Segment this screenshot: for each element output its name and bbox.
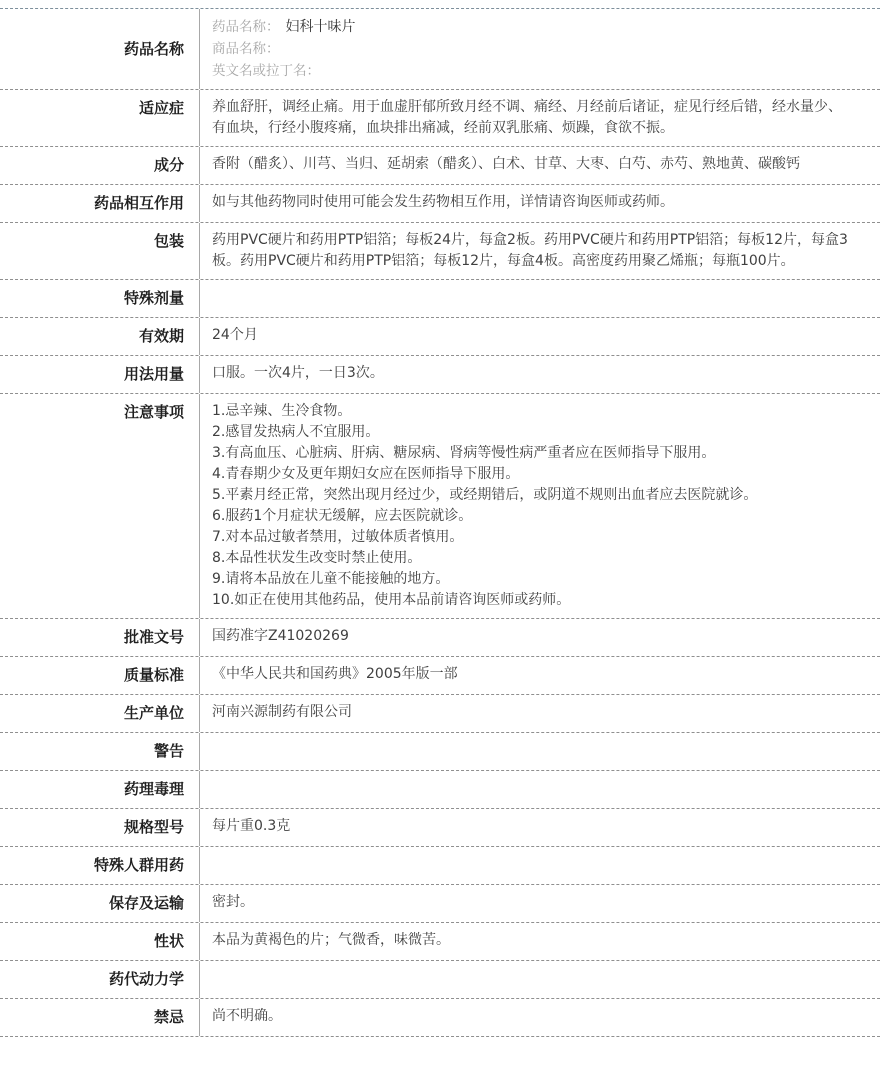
- row-content-packaging: 药用PVC硬片和药用PTP铝箔；每板24片，每盒2板。药用PVC硬片和药用PTP…: [200, 223, 880, 279]
- table-row-packaging: 包装药用PVC硬片和药用PTP铝箔；每板24片，每盒2板。药用PVC硬片和药用P…: [0, 223, 880, 280]
- row-content-contraindications: 尚不明确。: [200, 999, 880, 1036]
- row-label-precautions: 注意事项: [0, 394, 200, 618]
- precaution-line: 9.请将本品放在儿童不能接触的地方。: [212, 569, 850, 590]
- row-label-drug-interactions: 药品相互作用: [0, 185, 200, 222]
- row-content-validity-period: 24个月: [200, 318, 880, 355]
- table-row-validity-period: 有效期24个月: [0, 318, 880, 356]
- row-content-special-population: [200, 847, 880, 884]
- table-row-special-dosage: 特殊剂量: [0, 280, 880, 318]
- row-label-ingredients: 成分: [0, 147, 200, 184]
- row-label-character: 性状: [0, 923, 200, 960]
- field-key: 药品名称：: [212, 19, 280, 35]
- row-content-precautions: 1.忌辛辣、生冷食物。2.感冒发热病人不宜服用。3.有高血压、心脏病、肝病、糖尿…: [200, 394, 880, 618]
- table-row-warning: 警告: [0, 733, 880, 771]
- precaution-line: 3.有高血压、心脏病、肝病、糖尿病、肾病等慢性病严重者应在医师指导下服用。: [212, 443, 850, 464]
- row-content-drug-name: 药品名称：妇科十味片商品名称：英文名或拉丁名：: [200, 9, 880, 89]
- row-label-packaging: 包装: [0, 223, 200, 279]
- row-content-approval-number: 国药准字Z41020269: [200, 619, 880, 656]
- table-row-storage-transport: 保存及运输密封。: [0, 885, 880, 923]
- table-row-indications: 适应症养血舒肝，调经止痛。用于血虚肝郁所致月经不调、痛经、月经前后诸证，症见行经…: [0, 90, 880, 147]
- drug-info-table: 药品名称药品名称：妇科十味片商品名称：英文名或拉丁名：适应症养血舒肝，调经止痛。…: [0, 8, 880, 1037]
- table-row-special-population: 特殊人群用药: [0, 847, 880, 885]
- table-row-specification: 规格型号每片重0.3克: [0, 809, 880, 847]
- row-label-quality-standard: 质量标准: [0, 657, 200, 694]
- row-content-character: 本品为黄褐色的片；气微香，味微苦。: [200, 923, 880, 960]
- field-line: 商品名称：: [212, 38, 850, 60]
- field-key: 商品名称：: [212, 41, 280, 57]
- precaution-line: 1.忌辛辣、生冷食物。: [212, 401, 850, 422]
- table-row-character: 性状本品为黄褐色的片；气微香，味微苦。: [0, 923, 880, 961]
- drug-info-page: 药品名称药品名称：妇科十味片商品名称：英文名或拉丁名：适应症养血舒肝，调经止痛。…: [0, 0, 880, 1080]
- table-row-precautions: 注意事项1.忌辛辣、生冷食物。2.感冒发热病人不宜服用。3.有高血压、心脏病、肝…: [0, 394, 880, 619]
- row-content-ingredients: 香附（醋炙）、川芎、当归、延胡索（醋炙）、白术、甘草、大枣、白芍、赤芍、熟地黄、…: [200, 147, 880, 184]
- row-label-special-population: 特殊人群用药: [0, 847, 200, 884]
- row-content-warning: [200, 733, 880, 770]
- row-content-indications: 养血舒肝，调经止痛。用于血虚肝郁所致月经不调、痛经、月经前后诸证，症见行经后错，…: [200, 90, 880, 146]
- precaution-line: 4.青春期少女及更年期妇女应在医师指导下服用。: [212, 464, 850, 485]
- row-label-storage-transport: 保存及运输: [0, 885, 200, 922]
- row-label-special-dosage: 特殊剂量: [0, 280, 200, 317]
- field-key: 英文名或拉丁名：: [212, 63, 320, 79]
- row-label-warning: 警告: [0, 733, 200, 770]
- table-row-quality-standard: 质量标准《中华人民共和国药典》2005年版一部: [0, 657, 880, 695]
- precaution-line: 7.对本品过敏者禁用，过敏体质者慎用。: [212, 527, 850, 548]
- row-content-quality-standard: 《中华人民共和国药典》2005年版一部: [200, 657, 880, 694]
- row-label-pharmacology-toxicology: 药理毒理: [0, 771, 200, 808]
- row-label-indications: 适应症: [0, 90, 200, 146]
- row-content-specification: 每片重0.3克: [200, 809, 880, 846]
- table-row-drug-name: 药品名称药品名称：妇科十味片商品名称：英文名或拉丁名：: [0, 9, 880, 90]
- table-row-usage-dosage: 用法用量口服。一次4片，一日3次。: [0, 356, 880, 394]
- table-row-approval-number: 批准文号国药准字Z41020269: [0, 619, 880, 657]
- row-label-specification: 规格型号: [0, 809, 200, 846]
- table-row-pharmacokinetics: 药代动力学: [0, 961, 880, 999]
- row-content-usage-dosage: 口服。一次4片，一日3次。: [200, 356, 880, 393]
- row-content-manufacturer: 河南兴源制药有限公司: [200, 695, 880, 732]
- field-line: 英文名或拉丁名：: [212, 60, 850, 82]
- row-label-usage-dosage: 用法用量: [0, 356, 200, 393]
- field-value: 妇科十味片: [286, 19, 356, 35]
- row-content-drug-interactions: 如与其他药物同时使用可能会发生药物相互作用，详情请咨询医师或药师。: [200, 185, 880, 222]
- row-label-manufacturer: 生产单位: [0, 695, 200, 732]
- precaution-line: 10.如正在使用其他药品，使用本品前请咨询医师或药师。: [212, 590, 850, 611]
- precaution-line: 8.本品性状发生改变时禁止使用。: [212, 548, 850, 569]
- row-label-contraindications: 禁忌: [0, 999, 200, 1036]
- row-label-approval-number: 批准文号: [0, 619, 200, 656]
- table-row-pharmacology-toxicology: 药理毒理: [0, 771, 880, 809]
- table-row-drug-interactions: 药品相互作用如与其他药物同时使用可能会发生药物相互作用，详情请咨询医师或药师。: [0, 185, 880, 223]
- table-row-ingredients: 成分香附（醋炙）、川芎、当归、延胡索（醋炙）、白术、甘草、大枣、白芍、赤芍、熟地…: [0, 147, 880, 185]
- table-row-contraindications: 禁忌尚不明确。: [0, 999, 880, 1037]
- precaution-line: 2.感冒发热病人不宜服用。: [212, 422, 850, 443]
- precaution-line: 6.服药1个月症状无缓解，应去医院就诊。: [212, 506, 850, 527]
- row-label-validity-period: 有效期: [0, 318, 200, 355]
- row-label-pharmacokinetics: 药代动力学: [0, 961, 200, 998]
- field-line: 药品名称：妇科十味片: [212, 16, 850, 38]
- precaution-line: 5.平素月经正常，突然出现月经过少，或经期错后，或阴道不规则出血者应去医院就诊。: [212, 485, 850, 506]
- table-row-manufacturer: 生产单位河南兴源制药有限公司: [0, 695, 880, 733]
- row-content-storage-transport: 密封。: [200, 885, 880, 922]
- row-content-pharmacology-toxicology: [200, 771, 880, 808]
- row-content-special-dosage: [200, 280, 880, 317]
- row-label-drug-name: 药品名称: [0, 9, 200, 89]
- row-content-pharmacokinetics: [200, 961, 880, 998]
